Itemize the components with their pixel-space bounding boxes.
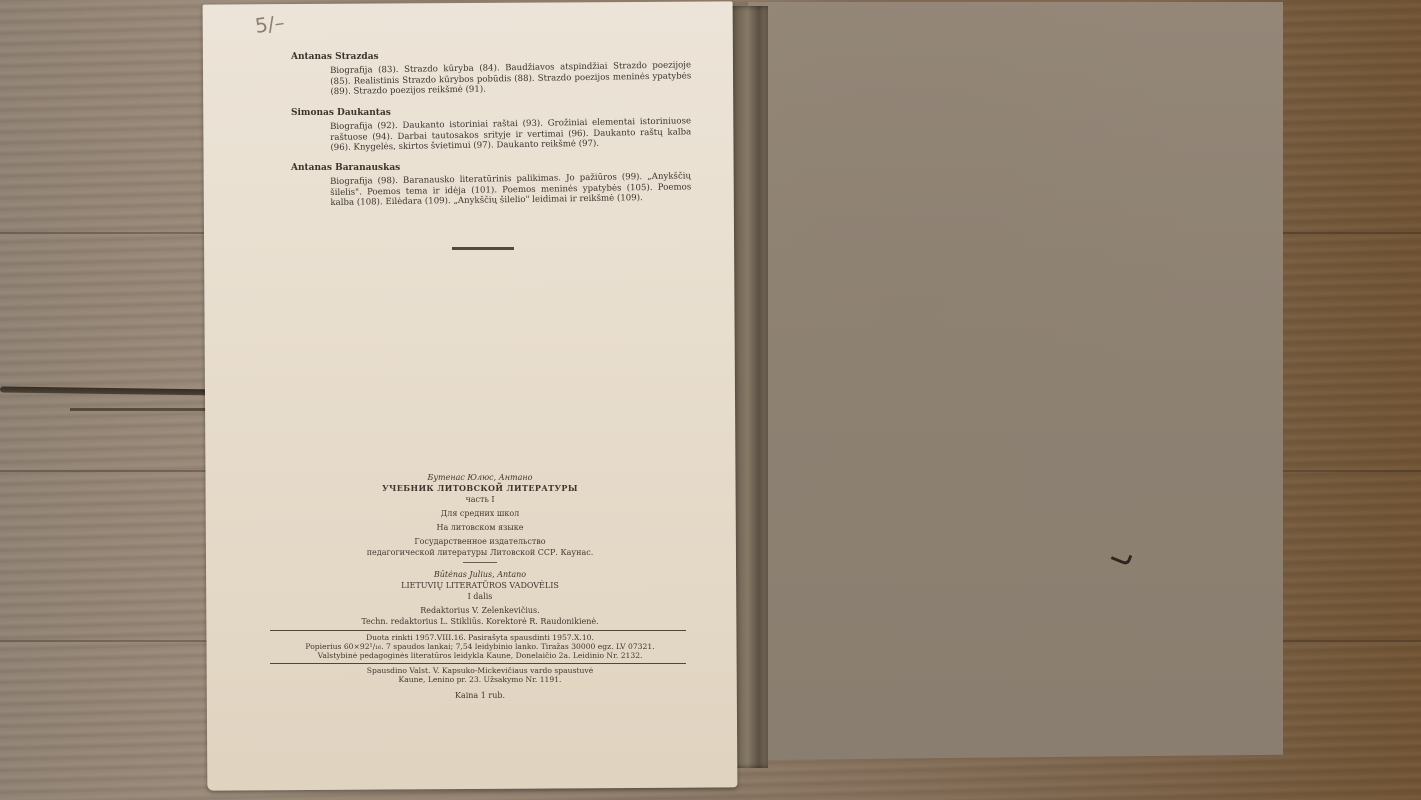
print-details: Duota rinkti 1957.VIII.16. Pasirašyta sp… (270, 633, 690, 660)
wood-crack (0, 386, 225, 395)
toc-entry: Simonas Daukantas Biografija (92). Dauka… (291, 108, 691, 154)
editor-credit: Redaktorius V. Zelenkevičius. (270, 605, 690, 616)
toc-entry: Antanas Strazdas Biografija (83). Strazd… (291, 52, 691, 98)
ru-part: часть I (270, 494, 690, 505)
print-dates: Duota rinkti 1957.VIII.16. Pasirašyta sp… (270, 633, 690, 642)
colophon: Бутенас Юлюс, Антано УЧЕБНИК ЛИТОВСКОЙ Л… (270, 472, 690, 701)
lt-part: I dalis (270, 591, 690, 602)
price: Kaina 1 rub. (270, 690, 690, 701)
ru-publisher: Государственное издательство (270, 536, 690, 547)
ru-audience: Для средних школ (270, 508, 690, 519)
divider (270, 630, 686, 631)
tech-editor-credit: Techn. redaktorius L. Stikliūs. Korektor… (270, 616, 690, 627)
toc-entry: Antanas Baranauskas Biografija (98). Bar… (291, 163, 691, 209)
printer-name: Spausdino Valst. V. Kapsuko-Mickevičiaus… (270, 666, 690, 675)
printer-address: Kaune, Lenino pr. 23. Užsakymo Nr. 1191. (270, 675, 690, 684)
table-of-contents: Antanas Strazdas Biografija (83). Strazd… (291, 52, 691, 219)
toc-description: Biografija (92). Daukanto istoriniai raš… (330, 116, 691, 153)
printer-details: Spausdino Valst. V. Kapsuko-Mickevičiaus… (270, 666, 690, 684)
divider (463, 562, 497, 563)
print-paper-info: Popierius 60×92¹/₁₆. 7 spaudos lankai; 7… (270, 642, 690, 651)
handwritten-page-mark: 5/– (253, 10, 286, 38)
lt-title: LIETUVIŲ LITERATŪROS VADOVĖLIS (270, 580, 690, 591)
toc-description: Biografija (98). Baranausko literatūrini… (330, 171, 691, 208)
ru-title: УЧЕБНИК ЛИТОВСКОЙ ЛИТЕРАТУРЫ (270, 483, 690, 494)
ru-authors: Бутенас Юлюс, Антано (270, 472, 690, 483)
book-back-cover (748, 2, 1283, 760)
toc-author: Simonas Daukantas (291, 108, 691, 118)
publisher-address: Valstybinė pedagoginės literatūros leidy… (270, 651, 690, 660)
ru-language: На литовском языке (270, 522, 690, 533)
toc-end-rule (452, 247, 514, 250)
toc-description: Biografija (83). Strazdo kūryba (84). Ba… (330, 60, 691, 97)
wood-crack (70, 408, 220, 411)
divider (270, 663, 686, 664)
lt-authors: Būtėnas Julius, Antano (270, 569, 690, 580)
ru-publisher-city: педагогической литературы Литовской ССР.… (270, 547, 690, 558)
